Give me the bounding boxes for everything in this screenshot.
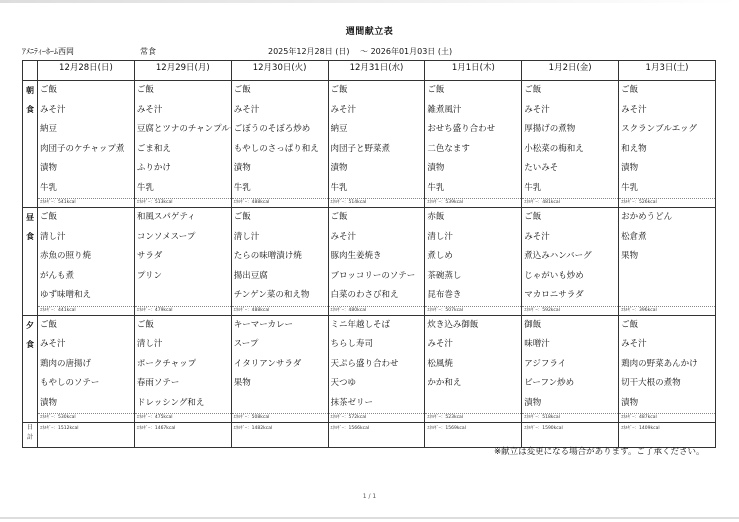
menu-item: マカロニサラダ <box>524 286 618 306</box>
menu-item: ポークチャップ <box>137 355 231 375</box>
energy-value: ｴﾈﾙｷﾞｰ：481kcal <box>522 199 619 208</box>
energy-value: ｴﾈﾙｷﾞｰ：396kcal <box>619 306 716 315</box>
menu-item: みそ汁 <box>524 101 618 121</box>
day-header: 12月30日(火) <box>231 61 328 81</box>
menu-item: ご飯 <box>40 208 134 228</box>
menu-item: 二色なます <box>427 140 521 160</box>
menu-cell: ご飯みそ汁豆腐とツナのチャンプルーごま和えふりかけ牛乳 <box>134 81 231 199</box>
menu-cell: 御飯味噌汁アジフライビーフン炒め漬物 <box>522 315 619 414</box>
scan-edge <box>0 0 739 3</box>
menu-item: 漬物 <box>234 159 328 179</box>
menu-item: みそ汁 <box>331 101 425 121</box>
menu-item: じゃがいも炒め <box>524 267 618 287</box>
menu-cell: ご飯みそ汁厚揚げの煮物小松菜の梅和えたいみそ牛乳 <box>522 81 619 199</box>
day-header: 1月3日(土) <box>619 61 716 81</box>
menu-item <box>234 394 328 414</box>
menu-item <box>137 286 231 306</box>
scan-edge-bottom <box>0 517 739 519</box>
menu-item: 鶏肉の野菜あんかけ <box>621 355 715 375</box>
menu-cell: 和風スパゲティコンソメスープサラダプリン <box>134 208 231 307</box>
menu-item: みそ汁 <box>427 335 521 355</box>
menu-item: ご飯 <box>137 316 231 336</box>
menu-item: 漬物 <box>427 159 521 179</box>
day-header: 12月31日(水) <box>328 61 425 81</box>
menu-item: スクランブルエッグ <box>621 120 715 140</box>
diet-type: 常食 <box>140 46 156 57</box>
menu-item: 松倉煮 <box>621 228 715 248</box>
energy-value: ｴﾈﾙｷﾞｰ：541kcal <box>38 199 135 208</box>
menu-item: ご飯 <box>524 208 618 228</box>
menu-cell: ご飯雑煮風汁おせち盛り合わせ二色なます漬物牛乳 <box>425 81 522 199</box>
menu-item: もやしのソテー <box>40 374 134 394</box>
menu-item: ご飯 <box>137 81 231 101</box>
menu-cell: ご飯清し汁たらの味噌漬け焼揚出豆腐チンゲン菜の和え物 <box>231 208 328 307</box>
menu-item: ご飯 <box>331 208 425 228</box>
menu-item: 昆布巻き <box>427 286 521 306</box>
menu-item: 牛乳 <box>427 179 521 199</box>
header-row: 12月28日(日) 12月29日(月) 12月30日(火) 12月31日(水) … <box>23 61 716 81</box>
menu-cell: ご飯みそ汁豚肉生姜焼きブロッコリーのソテー白菜のわさび和え <box>328 208 425 307</box>
menu-item: 和風スパゲティ <box>137 208 231 228</box>
meal-row-breakfast: 朝食ご飯みそ汁納豆肉団子のケチャップ煮漬物牛乳ご飯みそ汁豆腐とツナのチャンプルー… <box>23 81 716 199</box>
energy-value: ｴﾈﾙｷﾞｰ：507kcal <box>425 306 522 315</box>
menu-item: たいみそ <box>524 159 618 179</box>
menu-item: サラダ <box>137 247 231 267</box>
menu-item: ごぼうのそぼろ炒め <box>234 120 328 140</box>
menu-item: 漬物 <box>621 394 715 414</box>
meal-row-dinner: 夕食ご飯みそ汁鶏肉の唐揚げもやしのソテー漬物ご飯清し汁ポークチャップ春雨ソテード… <box>23 315 716 414</box>
menu-item: 清し汁 <box>427 228 521 248</box>
menu-item <box>621 267 715 287</box>
energy-value: ｴﾈﾙｷﾞｰ：572kcal <box>328 414 425 423</box>
menu-item: ご飯 <box>427 81 521 101</box>
menu-cell: 赤飯清し汁煮しめ茶碗蒸し昆布巻き <box>425 208 522 307</box>
menu-item: ブロッコリーのソテー <box>331 267 425 287</box>
energy-value: ｴﾈﾙｷﾞｰ：526kcal <box>619 199 716 208</box>
menu-item: ちらし寿司 <box>331 335 425 355</box>
daily-total-energy: ｴﾈﾙｷﾞｰ：1467kcal <box>134 423 231 448</box>
menu-item: 味噌汁 <box>524 335 618 355</box>
menu-item: 豆腐とツナのチャンプルー <box>137 120 231 140</box>
meal-label-char: 食 <box>23 231 37 250</box>
energy-value: ｴﾈﾙｷﾞｰ：488kcal <box>231 199 328 208</box>
meal-label-char: 食 <box>23 339 37 358</box>
menu-item: ご飯 <box>40 316 134 336</box>
menu-item: 納豆 <box>40 120 134 140</box>
menu-item: たらの味噌漬け焼 <box>234 247 328 267</box>
energy-value: ｴﾈﾙｷﾞｰ：475kcal <box>134 414 231 423</box>
menu-item: 和え物 <box>621 140 715 160</box>
menu-item: かか和え <box>427 374 521 394</box>
menu-item: もやしのさっぱり和え <box>234 140 328 160</box>
menu-item: 果物 <box>234 374 328 394</box>
daily-total-energy: ｴﾈﾙｷﾞｰ：1482kcal <box>231 423 328 448</box>
kcal-row-dinner: ｴﾈﾙｷﾞｰ：530kcalｴﾈﾙｷﾞｰ：475kcalｴﾈﾙｷﾞｰ：508kc… <box>23 414 716 423</box>
menu-item: 揚出豆腐 <box>234 267 328 287</box>
menu-cell: ご飯清し汁ポークチャップ春雨ソテードレッシング和え <box>134 315 231 414</box>
menu-item: 牛乳 <box>621 179 715 199</box>
menu-item: 松風焼 <box>427 355 521 375</box>
meal-label-dinner: 夕食 <box>23 315 38 423</box>
daily-total-energy: ｴﾈﾙｷﾞｰ：1569kcal <box>425 423 522 448</box>
menu-item: みそ汁 <box>40 101 134 121</box>
menu-item: みそ汁 <box>234 101 328 121</box>
energy-value: ｴﾈﾙｷﾞｰ：539kcal <box>425 199 522 208</box>
menu-cell: ご飯みそ汁ごぼうのそぼろ炒めもやしのさっぱり和え漬物牛乳 <box>231 81 328 199</box>
date-range: 2025年12月28日 (日) ～ 2026年01月03日 (土) <box>268 46 452 57</box>
menu-item: 煮しめ <box>427 247 521 267</box>
meal-label-char: 食 <box>23 104 37 123</box>
menu-item: 御飯 <box>524 316 618 336</box>
menu-item: おせち盛り合わせ <box>427 120 521 140</box>
menu-item: 厚揚げの煮物 <box>524 120 618 140</box>
menu-item: 清し汁 <box>40 228 134 248</box>
menu-item: みそ汁 <box>621 101 715 121</box>
menu-item: 漬物 <box>40 394 134 414</box>
menu-cell: ご飯みそ汁納豆肉団子のケチャップ煮漬物牛乳 <box>38 81 135 199</box>
menu-cell: ご飯みそ汁煮込みハンバーグじゃがいも炒めマカロニサラダ <box>522 208 619 307</box>
menu-item: ビーフン炒め <box>524 374 618 394</box>
menu-item: 茶碗蒸し <box>427 267 521 287</box>
menu-item: 天つゆ <box>331 374 425 394</box>
menu-item: ご飯 <box>621 316 715 336</box>
energy-value: ｴﾈﾙｷﾞｰ：480kcal <box>328 306 425 315</box>
meal-row-lunch: 昼食ご飯清し汁赤魚の照り焼がんも煮ゆず味噌和え和風スパゲティコンソメスープサラダ… <box>23 208 716 307</box>
menu-item: みそ汁 <box>40 335 134 355</box>
menu-item: 雑煮風汁 <box>427 101 521 121</box>
daily-total-energy: ｴﾈﾙｷﾞｰ：1566kcal <box>328 423 425 448</box>
menu-item: ご飯 <box>524 81 618 101</box>
menu-item: チンゲン菜の和え物 <box>234 286 328 306</box>
menu-item: 煮込みハンバーグ <box>524 247 618 267</box>
energy-value: ｴﾈﾙｷﾞｰ：523kcal <box>425 414 522 423</box>
menu-item: 漬物 <box>40 159 134 179</box>
daily-total-row: 日計ｴﾈﾙｷﾞｰ：1512kcalｴﾈﾙｷﾞｰ：1467kcalｴﾈﾙｷﾞｰ：1… <box>23 423 716 448</box>
day-header: 1月2日(金) <box>522 61 619 81</box>
energy-value: ｴﾈﾙｷﾞｰ：592kcal <box>522 306 619 315</box>
kcal-row-lunch: ｴﾈﾙｷﾞｰ：441kcalｴﾈﾙｷﾞｰ：479kcalｴﾈﾙｷﾞｰ：488kc… <box>23 306 716 315</box>
energy-value: ｴﾈﾙｷﾞｰ：530kcal <box>38 414 135 423</box>
menu-item: 牛乳 <box>40 179 134 199</box>
menu-item: イタリアンサラダ <box>234 355 328 375</box>
menu-item: ご飯 <box>40 81 134 101</box>
menu-item: みそ汁 <box>331 228 425 248</box>
meal-label-char: 夕 <box>23 320 37 339</box>
menu-item: アジフライ <box>524 355 618 375</box>
daily-total-energy: ｴﾈﾙｷﾞｰ：1512kcal <box>38 423 135 448</box>
menu-item: 小松菜の梅和え <box>524 140 618 160</box>
menu-item: スープ <box>234 335 328 355</box>
energy-value: ｴﾈﾙｷﾞｰ：514kcal <box>328 199 425 208</box>
energy-value: ｴﾈﾙｷﾞｰ：518kcal <box>522 414 619 423</box>
menu-item: 春雨ソテー <box>137 374 231 394</box>
menu-item: ご飯 <box>234 208 328 228</box>
menu-item: 肉団子のケチャップ煮 <box>40 140 134 160</box>
daily-total-energy: ｴﾈﾙｷﾞｰ：1590kcal <box>522 423 619 448</box>
daily-total-label: 日計 <box>23 423 38 448</box>
corner-cell <box>23 61 38 81</box>
menu-item: ご飯 <box>621 81 715 101</box>
page-number: 1 / 1 <box>0 493 739 500</box>
daily-total-energy: ｴﾈﾙｷﾞｰ：1409kcal <box>619 423 716 448</box>
menu-cell: ご飯みそ汁鶏肉の野菜あんかけ切干大根の煮物漬物 <box>619 315 716 414</box>
menu-item <box>621 286 715 306</box>
weekly-menu-table: 12月28日(日) 12月29日(月) 12月30日(火) 12月31日(水) … <box>22 60 716 448</box>
menu-item: 漬物 <box>621 159 715 179</box>
menu-item: キーマーカレー <box>234 316 328 336</box>
menu-item: 炊き込み御飯 <box>427 316 521 336</box>
menu-item: ご飯 <box>331 81 425 101</box>
menu-item: 漬物 <box>524 394 618 414</box>
menu-item: ゆず味噌和え <box>40 286 134 306</box>
kcal-row-breakfast: ｴﾈﾙｷﾞｰ：541kcalｴﾈﾙｷﾞｰ：513kcalｴﾈﾙｷﾞｰ：488kc… <box>23 199 716 208</box>
day-header: 12月29日(月) <box>134 61 231 81</box>
energy-value: ｴﾈﾙｷﾞｰ：488kcal <box>231 306 328 315</box>
menu-cell: おかめうどん松倉煮果物 <box>619 208 716 307</box>
menu-cell: ご飯清し汁赤魚の照り焼がんも煮ゆず味噌和え <box>38 208 135 307</box>
menu-item: 牛乳 <box>331 179 425 199</box>
menu-item: 肉団子と野菜煮 <box>331 140 425 160</box>
meal-label-char: 朝 <box>23 85 37 104</box>
menu-cell: ご飯みそ汁納豆肉団子と野菜煮漬物牛乳 <box>328 81 425 199</box>
menu-cell: ご飯みそ汁スクランブルエッグ和え物漬物牛乳 <box>619 81 716 199</box>
energy-value: ｴﾈﾙｷﾞｰ：508kcal <box>231 414 328 423</box>
menu-item: みそ汁 <box>621 335 715 355</box>
meal-label-breakfast: 朝食 <box>23 81 38 208</box>
change-notice: ※献立は変更になる場合があります。ご了承ください。 <box>494 445 704 457</box>
facility-name: ｱﾒﾆﾃｨｰﾎｰﾑ西岡 <box>22 46 74 57</box>
menu-item: ご飯 <box>234 81 328 101</box>
menu-item: 納豆 <box>331 120 425 140</box>
menu-item <box>427 394 521 414</box>
day-header: 12月28日(日) <box>38 61 135 81</box>
day-header: 1月1日(木) <box>425 61 522 81</box>
menu-cell: 炊き込み御飯みそ汁松風焼かか和え <box>425 315 522 414</box>
menu-item: 鶏肉の唐揚げ <box>40 355 134 375</box>
menu-item: 抹茶ゼリー <box>331 394 425 414</box>
menu-cell: ミニ年越しそばちらし寿司天ぷら盛り合わせ天つゆ抹茶ゼリー <box>328 315 425 414</box>
menu-item: 赤飯 <box>427 208 521 228</box>
menu-item: 果物 <box>621 247 715 267</box>
menu-item: 赤魚の照り焼 <box>40 247 134 267</box>
energy-value: ｴﾈﾙｷﾞｰ：487kcal <box>619 414 716 423</box>
menu-item: 清し汁 <box>234 228 328 248</box>
meal-label-lunch: 昼食 <box>23 208 38 316</box>
page-title: 週間献立表 <box>0 24 739 37</box>
energy-value: ｴﾈﾙｷﾞｰ：513kcal <box>134 199 231 208</box>
menu-item: 牛乳 <box>137 179 231 199</box>
menu-item: 牛乳 <box>524 179 618 199</box>
energy-value: ｴﾈﾙｷﾞｰ：441kcal <box>38 306 135 315</box>
menu-item: 天ぷら盛り合わせ <box>331 355 425 375</box>
menu-item: 清し汁 <box>137 335 231 355</box>
energy-value: ｴﾈﾙｷﾞｰ：479kcal <box>134 306 231 315</box>
menu-item: みそ汁 <box>524 228 618 248</box>
menu-item: ふりかけ <box>137 159 231 179</box>
daily-total-char: 計 <box>23 433 37 443</box>
menu-item: 牛乳 <box>234 179 328 199</box>
daily-total-char: 日 <box>23 423 37 433</box>
menu-item: ドレッシング和え <box>137 394 231 414</box>
menu-cell: キーマーカレースープイタリアンサラダ果物 <box>231 315 328 414</box>
menu-item: おかめうどん <box>621 208 715 228</box>
menu-item: プリン <box>137 267 231 287</box>
menu-item: 白菜のわさび和え <box>331 286 425 306</box>
menu-item: がんも煮 <box>40 267 134 287</box>
menu-cell: ご飯みそ汁鶏肉の唐揚げもやしのソテー漬物 <box>38 315 135 414</box>
menu-item: ごま和え <box>137 140 231 160</box>
menu-item: みそ汁 <box>137 101 231 121</box>
menu-item: コンソメスープ <box>137 228 231 248</box>
menu-item: 切干大根の煮物 <box>621 374 715 394</box>
menu-item: 漬物 <box>331 159 425 179</box>
meal-label-char: 昼 <box>23 212 37 231</box>
menu-item: ミニ年越しそば <box>331 316 425 336</box>
menu-item: 豚肉生姜焼き <box>331 247 425 267</box>
